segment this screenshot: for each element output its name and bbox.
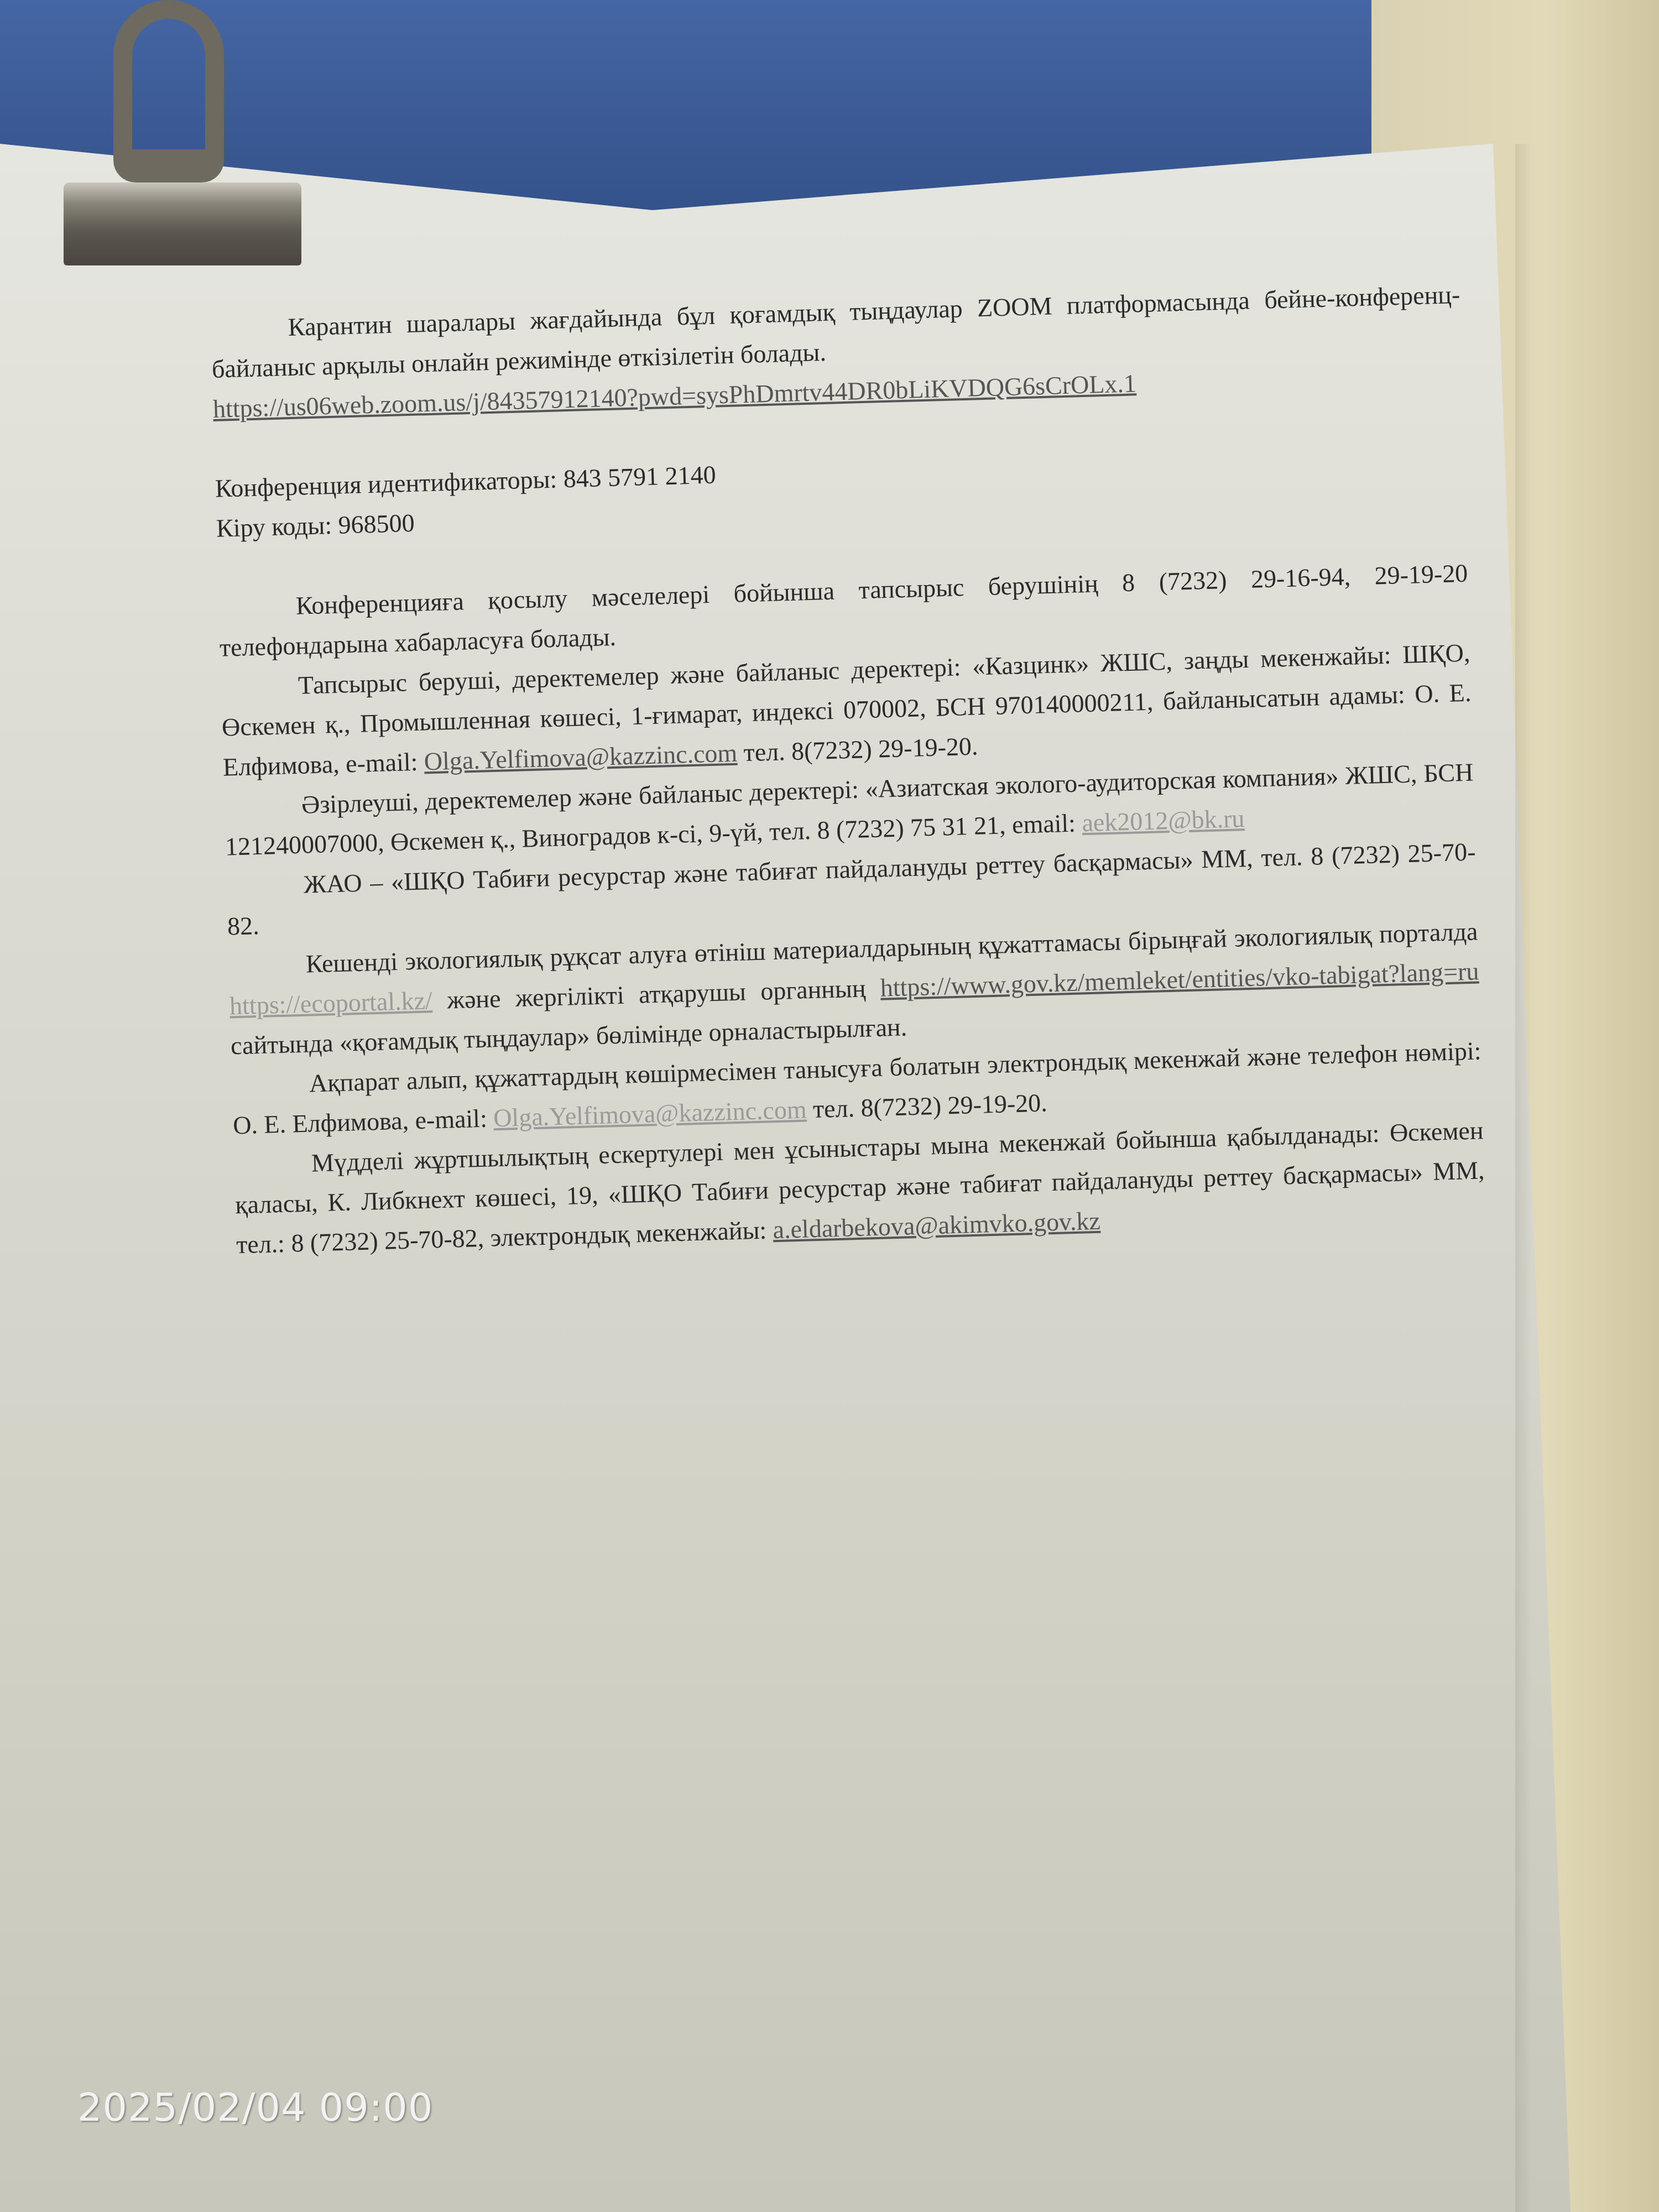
info-phone: тел. 8(7232) 29-19-20.	[806, 1088, 1048, 1123]
customer-phone: тел. 8(7232) 29-19-20.	[737, 732, 978, 767]
conference-id-label: Конференция идентификаторы:	[215, 465, 557, 503]
conference-id-value: 843 5791 2140	[563, 461, 716, 493]
comments-email-link[interactable]: a.eldarbekova@akimvko.gov.kz	[773, 1207, 1101, 1244]
document-body: Карантин шаралары жағдайында бұл қоғамды…	[210, 275, 1486, 1265]
customer-email-link[interactable]: Olga.Yelfimova@kazzinc.com	[424, 739, 738, 776]
binder-clip-body	[64, 182, 301, 265]
binder-clip-icon	[64, 0, 301, 271]
gov-kz-link[interactable]: https://www.gov.kz/memleket/entities/vko…	[880, 957, 1479, 1001]
info-email-link[interactable]: Olga.Yelfimova@kazzinc.com	[493, 1095, 807, 1132]
ecoportal-link[interactable]: https://ecoportal.kz/	[229, 986, 432, 1020]
photo-timestamp: 2025/02/04 09:00	[77, 2085, 433, 2130]
developer-email-link[interactable]: aek2012@bk.ru	[1082, 804, 1245, 837]
paper-edge-shadow	[1515, 144, 1532, 2212]
documentation-text-middle: және жергілікті атқарушы органның	[432, 974, 881, 1015]
binder-clip-lever	[113, 0, 224, 182]
access-code-label: Кіру коды:	[216, 511, 332, 542]
access-code-value: 968500	[338, 509, 415, 539]
